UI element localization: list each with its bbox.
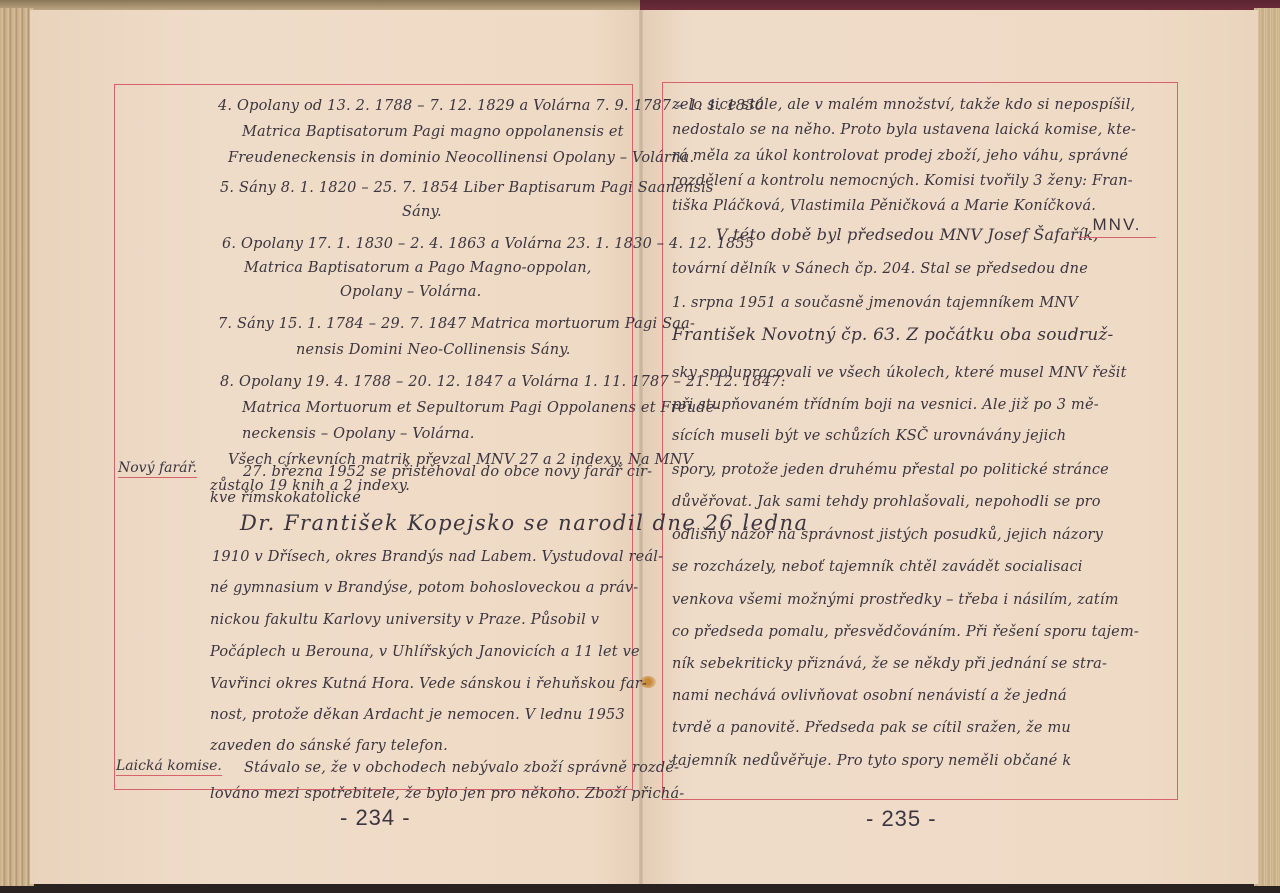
text-line: Opolany – Volárna. bbox=[340, 284, 481, 300]
text-line: 6. Opolany 17. 1. 1830 – 2. 4. 1863 a Vo… bbox=[222, 236, 754, 252]
open-book: 4. Opolany od 13. 2. 1788 – 7. 12. 1829 … bbox=[0, 0, 1280, 893]
text-line: tvrdě a panovitě. Předseda pak se cítil … bbox=[672, 720, 1071, 736]
text-line: venkova všemi možnými prostředky – třeba… bbox=[672, 592, 1119, 608]
text-line: lováno mezi spotřebitele, že bylo jen pr… bbox=[210, 786, 684, 802]
text-line: sky spolupracovali ve všech úkolech, kte… bbox=[672, 365, 1127, 381]
text-line: 5. Sány 8. 1. 1820 – 25. 7. 1854 Liber B… bbox=[220, 180, 714, 196]
text-line: sících museli být ve schůzích KSČ urovná… bbox=[672, 428, 1066, 444]
text-line: neckensis – Opolany – Volárna. bbox=[242, 426, 475, 442]
text-line: Matrica Baptisatorum Pagi magno oppolane… bbox=[242, 124, 624, 140]
text-line: Freudeneckensis in dominio Neocollinensi… bbox=[228, 150, 694, 166]
text-line: spory, protože jeden druhému přestal po … bbox=[672, 462, 1109, 478]
text-line: Matrica Baptisatorum a Pago Magno-oppola… bbox=[244, 260, 592, 276]
text-line: Počáplech u Berouna, v Uhlířských Janovi… bbox=[210, 644, 640, 660]
text-line: tajemník nedůvěřuje. Pro tyto spory nemě… bbox=[672, 753, 1071, 769]
text-line: nensis Domini Neo-Collinensis Sány. bbox=[296, 342, 571, 358]
text-line: nedostalo se na něho. Proto byla ustaven… bbox=[672, 122, 1136, 138]
margin-label-mnv: MNV. bbox=[1078, 215, 1156, 238]
text-line: tovární dělník v Sánech čp. 204. Stal se… bbox=[672, 261, 1088, 277]
page-number-left: - 234 - bbox=[340, 805, 411, 831]
text-line: zaveden do sánské fary telefon. bbox=[210, 738, 448, 754]
text-line: né gymnasium v Brandýse, potom bohoslove… bbox=[210, 580, 638, 596]
text-line: nami nechává ovlivňovat osobní nenávistí… bbox=[672, 688, 1067, 704]
text-line: ník sebekriticky přiznává, že se někdy p… bbox=[672, 656, 1107, 672]
text-line: rozdělení a kontrolu nemocných. Komisi t… bbox=[672, 173, 1133, 189]
text-line: nost, protože děkan Ardacht je nemocen. … bbox=[210, 707, 625, 723]
text-line: Matrica Mortuorum et Sepultorum Pagi Opp… bbox=[242, 400, 720, 416]
text-line: při stupňovaném třídním boji na vesnici.… bbox=[672, 397, 1099, 413]
text-line: 27. března 1952 se přistěhoval do obce n… bbox=[243, 464, 652, 480]
text-line: důvěřovat. Jak sami tehdy prohlašovali, … bbox=[672, 494, 1101, 510]
text-line: nickou fakultu Karlovy university v Praz… bbox=[210, 612, 599, 628]
text-line: rá měla za úkol kontrolovat prodej zboží… bbox=[672, 148, 1128, 164]
text-line: V této době byl předsedou MNV Josef Šafa… bbox=[716, 225, 1098, 244]
text-line: 1. srpna 1951 a současně jmenován tajemn… bbox=[672, 295, 1078, 311]
text-line: tiška Pláčková, Vlastimila Pěničková a M… bbox=[672, 198, 1096, 214]
text-line: Sány. bbox=[402, 204, 442, 220]
page-number-right: - 235 - bbox=[866, 806, 937, 832]
text-line: František Novotný čp. 63. Z počátku oba … bbox=[672, 325, 1113, 345]
text-line: co předseda pomalu, přesvědčováním. Při … bbox=[672, 624, 1139, 640]
text-line: kve římskokatolické bbox=[210, 490, 361, 506]
text-line: 1910 v Dřísech, okres Brandýs nad Labem.… bbox=[212, 549, 663, 565]
text-line: zelo sice stále, ale v malém množství, t… bbox=[672, 97, 1135, 113]
text-line: se rozcházely, neboť tajemník chtěl zavá… bbox=[672, 559, 1083, 575]
margin-label-new-priest: Nový farář. bbox=[118, 460, 197, 478]
margin-label-lay-commission: Laická komise. bbox=[116, 758, 222, 776]
left-page-stack bbox=[0, 8, 34, 886]
text-line: Stávalo se, že v obchodech nebývalo zbož… bbox=[244, 760, 679, 776]
text-line: 7. Sány 15. 1. 1784 – 29. 7. 1847 Matric… bbox=[218, 316, 695, 332]
text-line: Vavřinci okres Kutná Hora. Vede sánskou … bbox=[210, 676, 647, 692]
book-cover-edge bbox=[640, 0, 1280, 10]
text-line: odlišný názor na správnost jistých posud… bbox=[672, 527, 1103, 543]
book-gutter bbox=[639, 10, 643, 884]
